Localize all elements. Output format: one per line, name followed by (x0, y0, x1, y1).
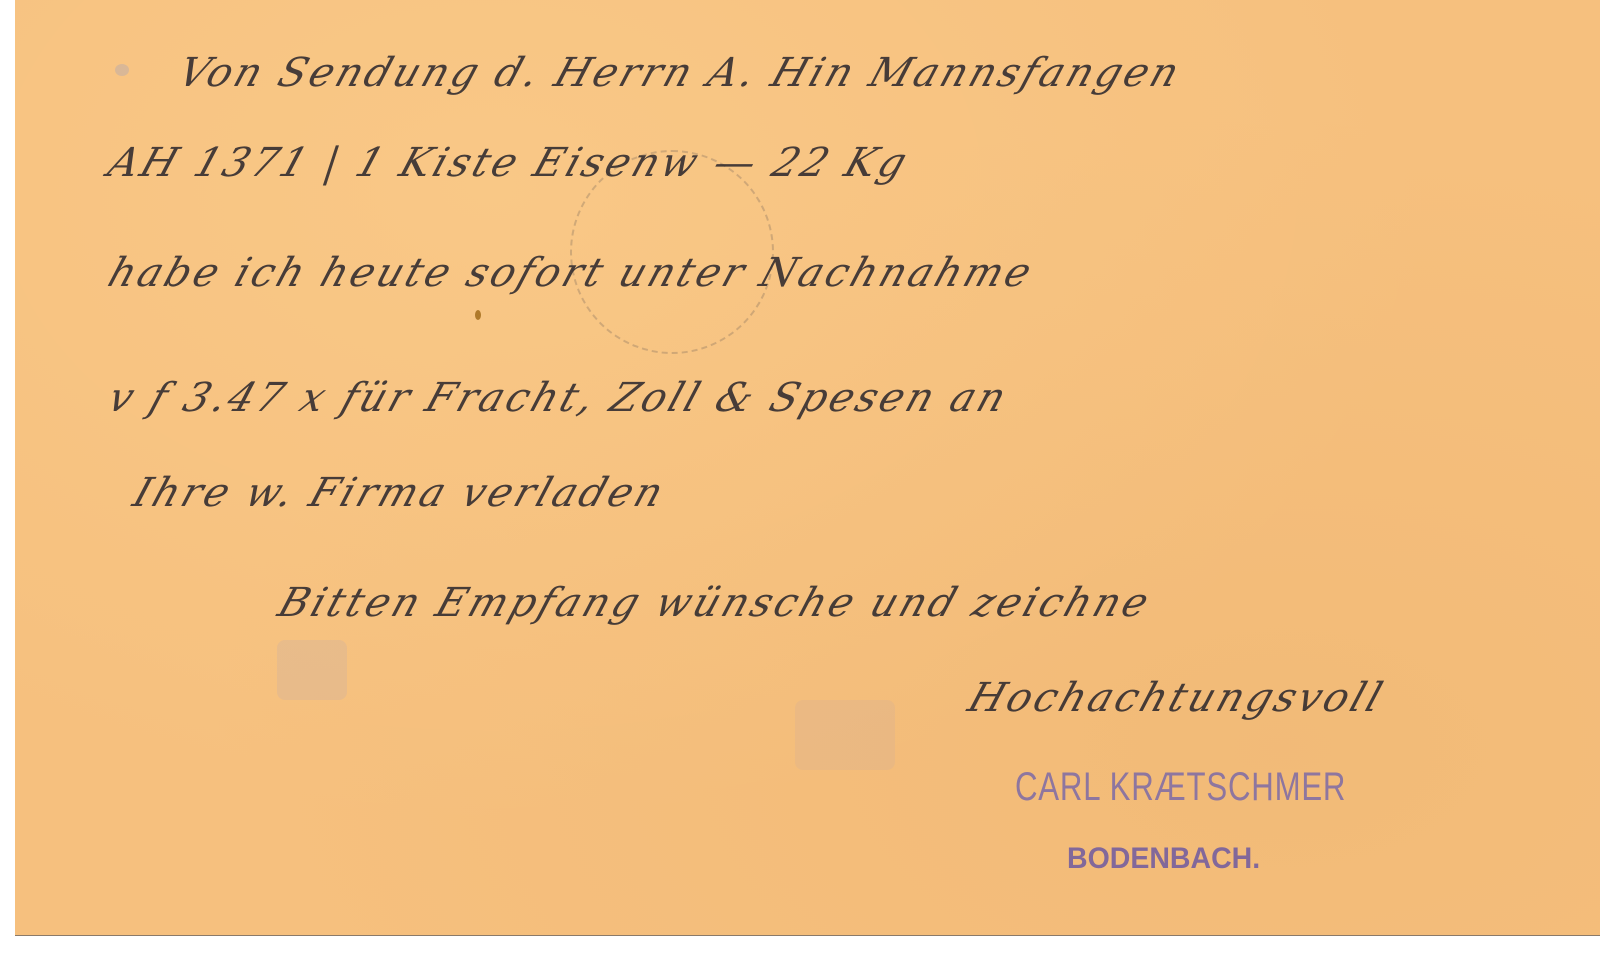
smudge-mark (115, 64, 129, 76)
faded-mark (795, 700, 895, 770)
handwritten-line-3: habe ich heute sofort unter Nachnahme (103, 250, 1040, 296)
handwritten-line-1: Von Sendung d. Herrn A. Hin Mannsfangen (173, 50, 1188, 96)
handwritten-line-5: Ihre w. Firma verladen (128, 470, 672, 516)
handwritten-line-2: AH 1371 | 1 Kiste Eisenw — 22 Kg (103, 140, 916, 186)
handwritten-closing: Hochachtungsvoll (963, 675, 1391, 721)
handwritten-line-4: v f 3.47 x für Fracht, Zoll & Spesen an (103, 375, 1015, 421)
handwritten-line-6: Bitten Empfang wünsche und zeichne (273, 580, 1158, 626)
rubber-stamp-name: CARL KRÆTSCHMER (1015, 765, 1346, 810)
ink-speck (475, 310, 481, 320)
rubber-stamp-place: BODENBACH. (1067, 842, 1260, 876)
faded-mark (277, 640, 347, 700)
postcard: Von Sendung d. Herrn A. Hin Mannsfangen … (15, 0, 1600, 936)
